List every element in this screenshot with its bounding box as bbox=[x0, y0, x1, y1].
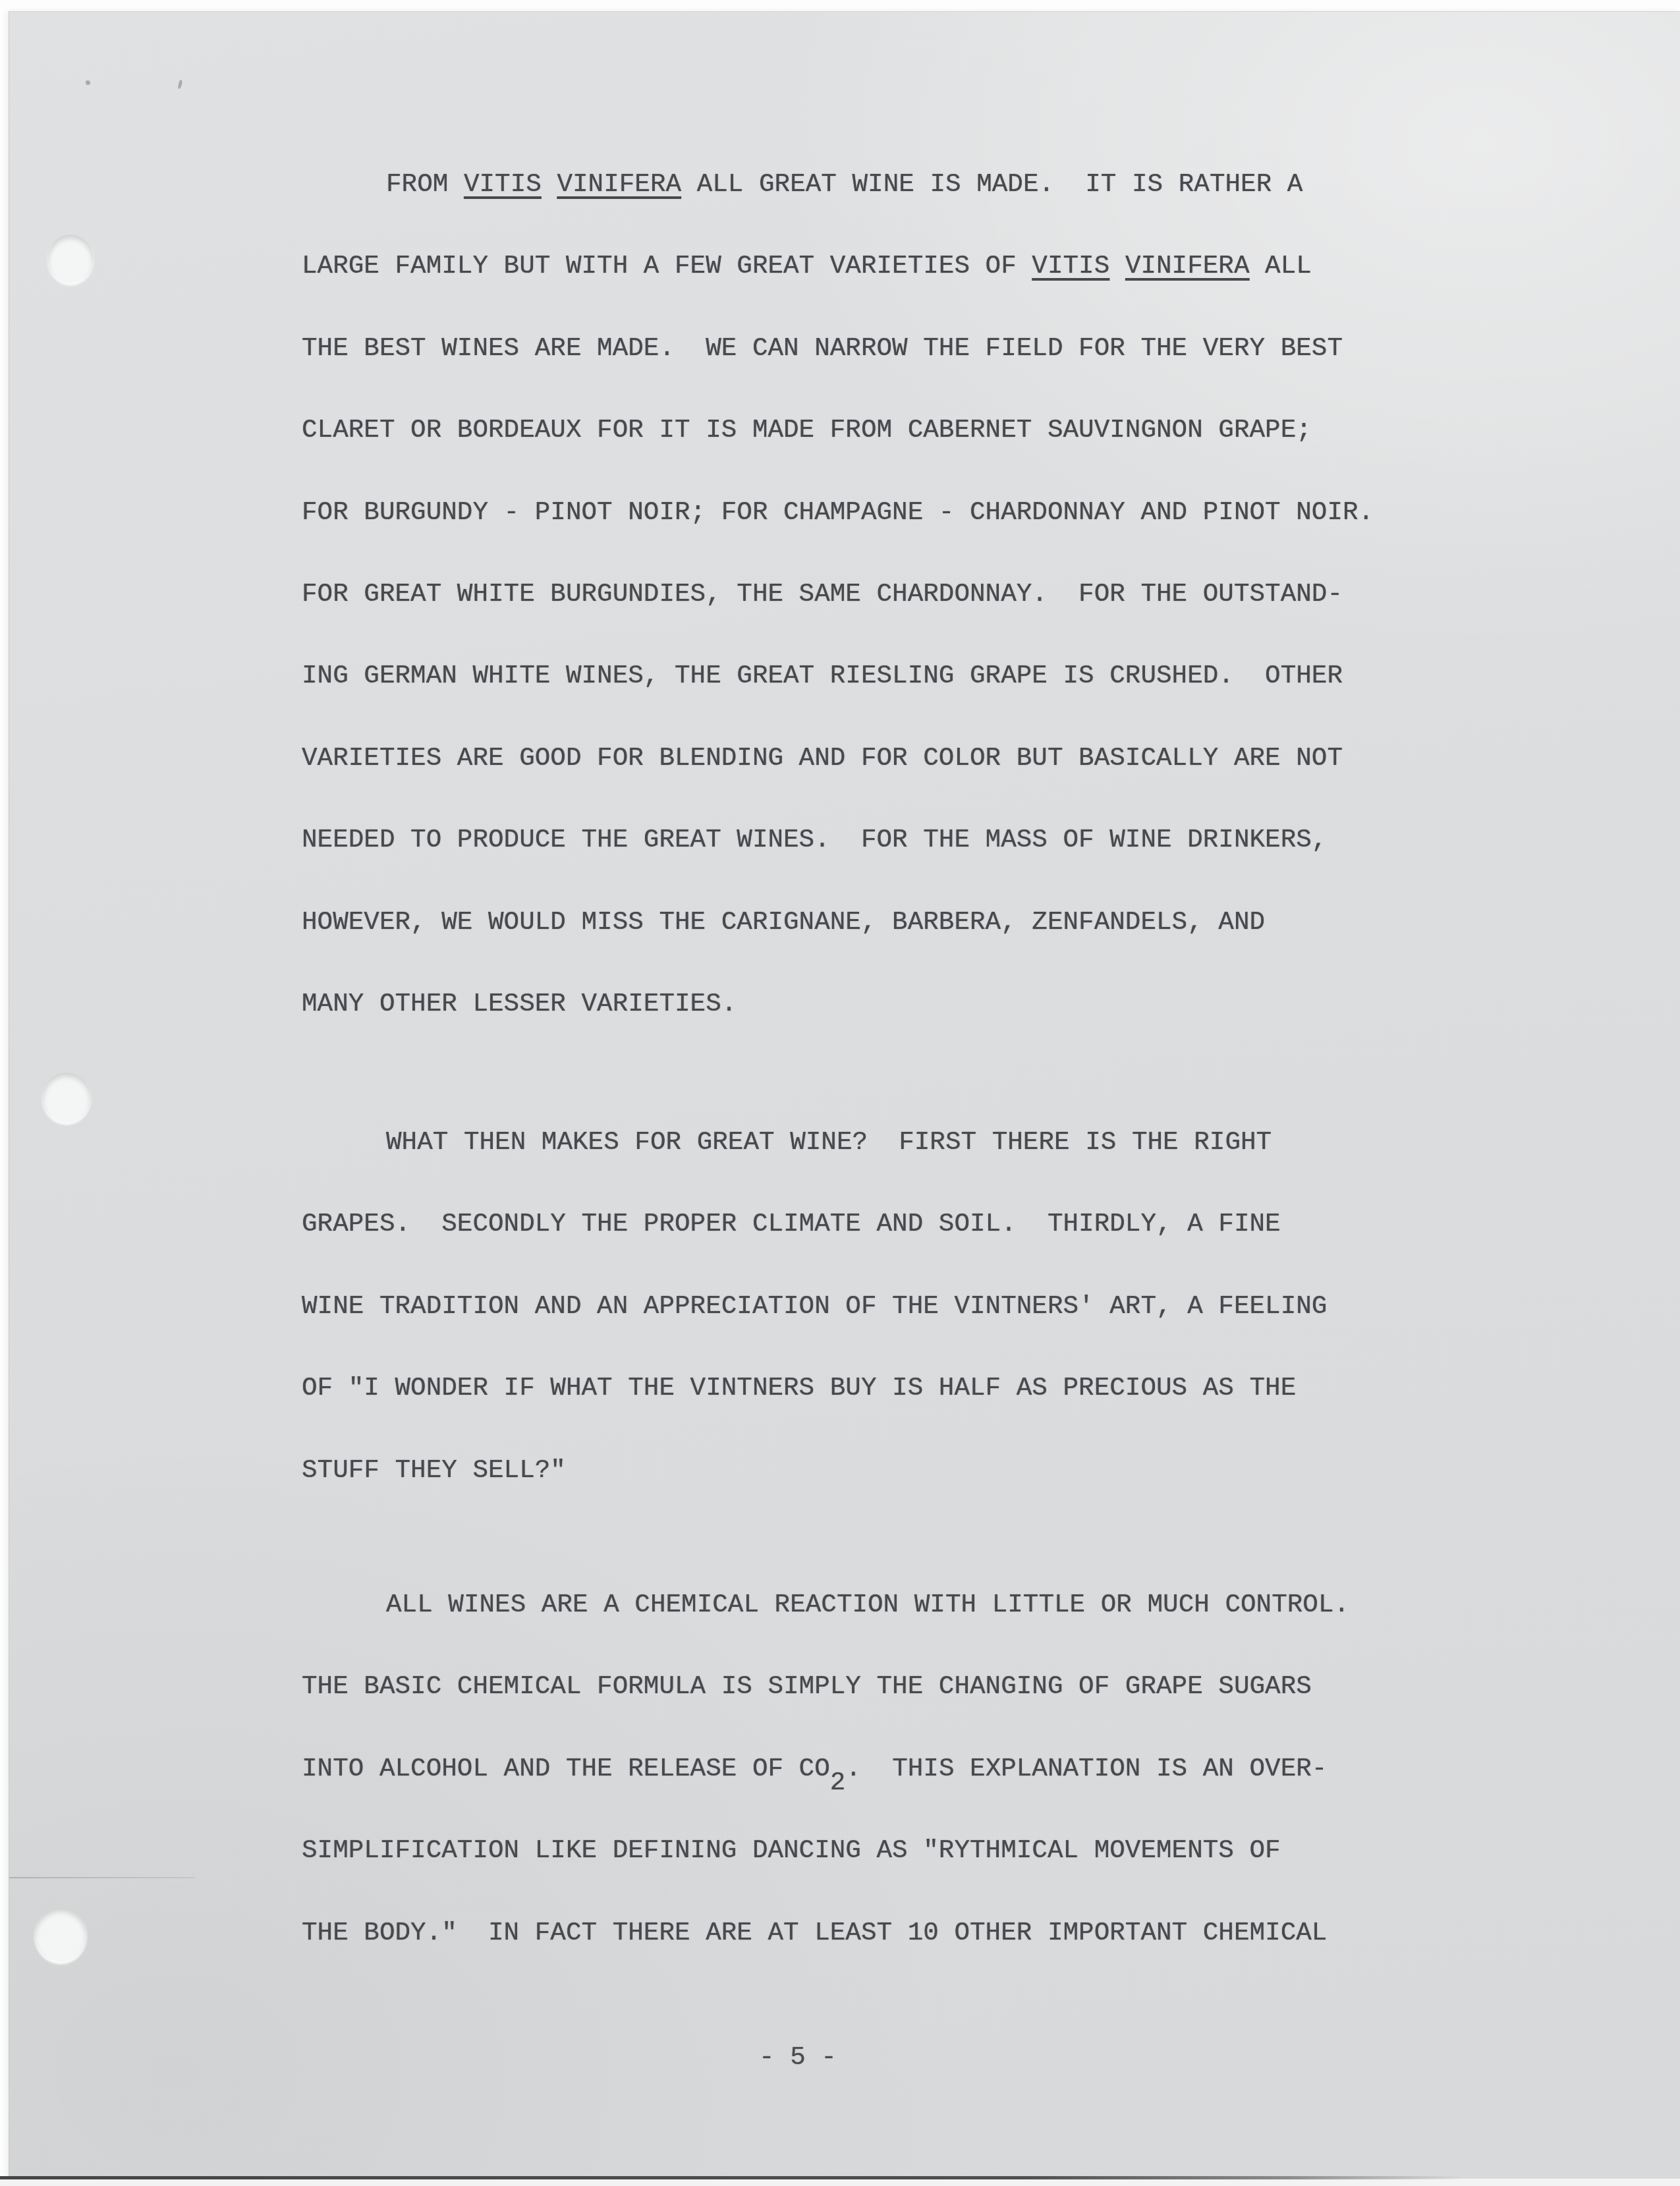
text-segment: INTO ALCOHOL AND THE RELEASE OF CO bbox=[302, 1754, 830, 1783]
text-segment: FOR BURGUNDY - PINOT NOIR; FOR CHAMPAGNE… bbox=[302, 497, 1374, 527]
text-line: INTO ALCOHOL AND THE RELEASE OF CO2. THI… bbox=[302, 1728, 1422, 1810]
text-segment: ALL GREAT WINE IS MADE. IT IS RATHER A bbox=[681, 169, 1302, 199]
text-line: THE BASIC CHEMICAL FORMULA IS SIMPLY THE… bbox=[302, 1646, 1422, 1727]
page-number: - 5 - bbox=[759, 2017, 837, 2098]
text-line: FOR BURGUNDY - PINOT NOIR; FOR CHAMPAGNE… bbox=[302, 472, 1422, 553]
text-line: CLARET OR BORDEAUX FOR IT IS MADE FROM C… bbox=[302, 389, 1422, 471]
text-segment: ING GERMAN WHITE WINES, THE GREAT RIESLI… bbox=[302, 661, 1343, 690]
subscript-text: 2 bbox=[830, 1768, 846, 1797]
text-line: SIMPLIFICATION LIKE DEFINING DANCING AS … bbox=[302, 1810, 1422, 1892]
text-line: ING GERMAN WHITE WINES, THE GREAT RIESLI… bbox=[302, 635, 1422, 717]
text-segment: GRAPES. SECONDLY THE PROPER CLIMATE AND … bbox=[302, 1209, 1281, 1239]
text-segment: NEEDED TO PRODUCE THE GREAT WINES. FOR T… bbox=[302, 825, 1327, 855]
underlined-text: VINIFERA bbox=[1125, 251, 1250, 281]
text-segment: LARGE FAMILY BUT WITH A FEW GREAT VARIET… bbox=[302, 251, 1032, 281]
text-line: FOR GREAT WHITE BURGUNDIES, THE SAME CHA… bbox=[302, 553, 1422, 635]
text-segment: FOR GREAT WHITE BURGUNDIES, THE SAME CHA… bbox=[302, 579, 1343, 609]
text-segment: SIMPLIFICATION LIKE DEFINING DANCING AS … bbox=[302, 1836, 1281, 1865]
paper-crease-line bbox=[9, 1877, 195, 1878]
text-segment: STUFF THEY SELL?" bbox=[302, 1455, 566, 1485]
text-segment: OF "I WONDER IF WHAT THE VINTNERS BUY IS… bbox=[302, 1373, 1296, 1403]
scanned-document-page: { "page": { "number_label": "- 5 -" }, "… bbox=[0, 0, 1680, 2186]
text-line: NEEDED TO PRODUCE THE GREAT WINES. FOR T… bbox=[302, 799, 1422, 881]
text-line: ALL WINES ARE A CHEMICAL REACTION WITH L… bbox=[302, 1564, 1422, 1646]
text-segment: WHAT THEN MAKES FOR GREAT WINE? FIRST TH… bbox=[386, 1127, 1272, 1157]
text-segment: CLARET OR BORDEAUX FOR IT IS MADE FROM C… bbox=[302, 415, 1312, 445]
paragraph-chemical-reaction: ALL WINES ARE A CHEMICAL REACTION WITH L… bbox=[302, 1564, 1422, 1974]
underlined-text: VINIFERA bbox=[557, 169, 681, 199]
text-segment: VARIETIES ARE GOOD FOR BLENDING AND FOR … bbox=[302, 743, 1343, 773]
text-segment: THE BASIC CHEMICAL FORMULA IS SIMPLY THE… bbox=[302, 1671, 1312, 1701]
text-segment bbox=[542, 169, 557, 199]
text-line: MANY OTHER LESSER VARIETIES. bbox=[302, 963, 1422, 1045]
text-segment: . THIS EXPLANATION IS AN OVER- bbox=[845, 1754, 1327, 1783]
text-segment: THE BEST WINES ARE MADE. WE CAN NARROW T… bbox=[302, 333, 1343, 363]
text-line: VARIETIES ARE GOOD FOR BLENDING AND FOR … bbox=[302, 717, 1422, 799]
text-line: THE BEST WINES ARE MADE. WE CAN NARROW T… bbox=[302, 308, 1422, 389]
text-segment: ALL bbox=[1250, 251, 1312, 281]
underlined-text: VITIS bbox=[1032, 251, 1109, 281]
hole-punch-top bbox=[47, 235, 94, 285]
text-line: HOWEVER, WE WOULD MISS THE CARIGNANE, BA… bbox=[302, 882, 1422, 963]
text-segment bbox=[1109, 251, 1125, 281]
text-line: WINE TRADITION AND AN APPRECIATION OF TH… bbox=[302, 1266, 1422, 1347]
text-segment: HOWEVER, WE WOULD MISS THE CARIGNANE, BA… bbox=[302, 907, 1265, 937]
text-segment: ALL WINES ARE A CHEMICAL REACTION WITH L… bbox=[386, 1590, 1349, 1619]
text-line: LARGE FAMILY BUT WITH A FEW GREAT VARIET… bbox=[302, 225, 1422, 307]
staple-mark-left bbox=[86, 80, 90, 85]
hole-punch-middle bbox=[42, 1073, 91, 1124]
text-segment: FROM bbox=[386, 169, 464, 199]
paragraph-grape-varieties: FROM VITIS VINIFERA ALL GREAT WINE IS MA… bbox=[302, 144, 1422, 1045]
text-line: WHAT THEN MAKES FOR GREAT WINE? FIRST TH… bbox=[302, 1102, 1422, 1183]
text-line: THE BODY." IN FACT THERE ARE AT LEAST 10… bbox=[302, 1892, 1422, 1974]
hole-punch-bottom bbox=[34, 1908, 87, 1963]
text-line: GRAPES. SECONDLY THE PROPER CLIMATE AND … bbox=[302, 1183, 1422, 1265]
text-segment: THE BODY." IN FACT THERE ARE AT LEAST 10… bbox=[302, 1918, 1327, 1948]
text-segment: WINE TRADITION AND AN APPRECIATION OF TH… bbox=[302, 1291, 1327, 1321]
staple-mark-right bbox=[178, 80, 183, 90]
text-line: FROM VITIS VINIFERA ALL GREAT WINE IS MA… bbox=[302, 144, 1422, 225]
paragraph-what-makes-great-wine: WHAT THEN MAKES FOR GREAT WINE? FIRST TH… bbox=[302, 1102, 1422, 1511]
text-segment: MANY OTHER LESSER VARIETIES. bbox=[302, 989, 737, 1019]
scanner-background-strip bbox=[0, 2179, 1680, 2186]
underlined-text: VITIS bbox=[464, 169, 542, 199]
text-line: STUFF THEY SELL?" bbox=[302, 1430, 1422, 1511]
text-line: OF "I WONDER IF WHAT THE VINTNERS BUY IS… bbox=[302, 1347, 1422, 1429]
